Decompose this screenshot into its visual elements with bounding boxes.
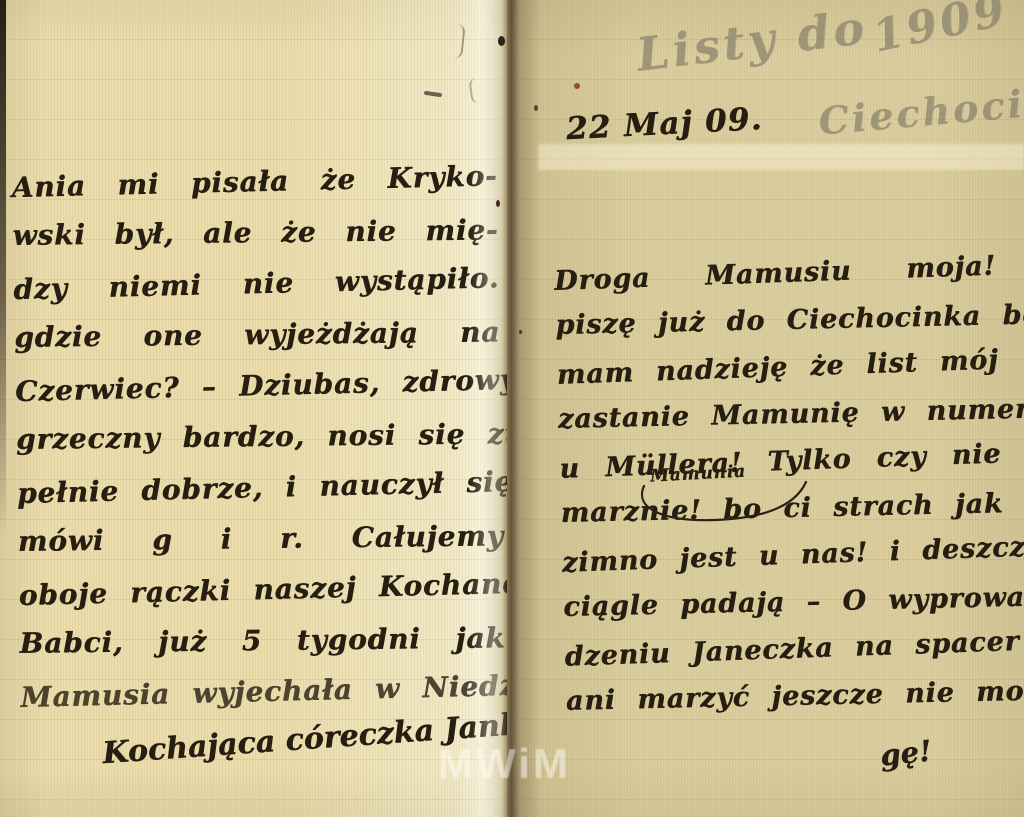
- handwriting-line: Czerwiec? – Dziubas, zdrowy: [15, 354, 502, 417]
- handwriting-line: grzeczny bardzo, nosi się zu-: [16, 408, 503, 465]
- pencil-smudge: [446, 23, 465, 58]
- handwriting-line: oboje rączki naszej Kochanej: [18, 558, 505, 621]
- handwriting-line: wski był, ale że nie mię-: [12, 204, 499, 261]
- handwriting-line: Ania mi pisała że Kryko-: [11, 150, 498, 213]
- handwriting-line: ani marzyć jeszcze nie mo-: [565, 668, 1008, 725]
- letter-scan: Ania mi pisała że Kryko- wski był, ale ż…: [0, 0, 1024, 817]
- museum-watermark: MWiM: [438, 740, 571, 788]
- rust-spot: [574, 83, 580, 89]
- handwriting-line: dzy niemi nie wystąpiło.: [13, 252, 500, 315]
- pencil-dash-mark: [424, 91, 442, 97]
- pencil-smudge: [468, 77, 484, 104]
- letter-last-word: gę!: [878, 733, 933, 772]
- handwriting-line: mówi g i r. Całujemy: [18, 510, 505, 567]
- handwriting-line: Babci, już 5 tygodni jak: [19, 612, 506, 669]
- ink-spot: [519, 330, 522, 334]
- insertion-loop-stroke: [636, 478, 811, 526]
- left-page: Ania mi pisała że Kryko- wski był, ale ż…: [0, 0, 507, 817]
- paper-discoloration: [538, 144, 1024, 170]
- handwriting-line: pełnie dobrze, i nauczył się: [16, 456, 503, 519]
- ink-spot: [534, 105, 538, 111]
- ink-spot: [496, 200, 500, 207]
- ink-spot: [498, 36, 505, 46]
- scan-edge-shadow: [0, 0, 6, 540]
- handwriting-line: gdzie one wyjeżdżają na: [14, 306, 501, 363]
- left-page-text: Ania mi pisała że Kryko- wski był, ale ż…: [11, 152, 507, 721]
